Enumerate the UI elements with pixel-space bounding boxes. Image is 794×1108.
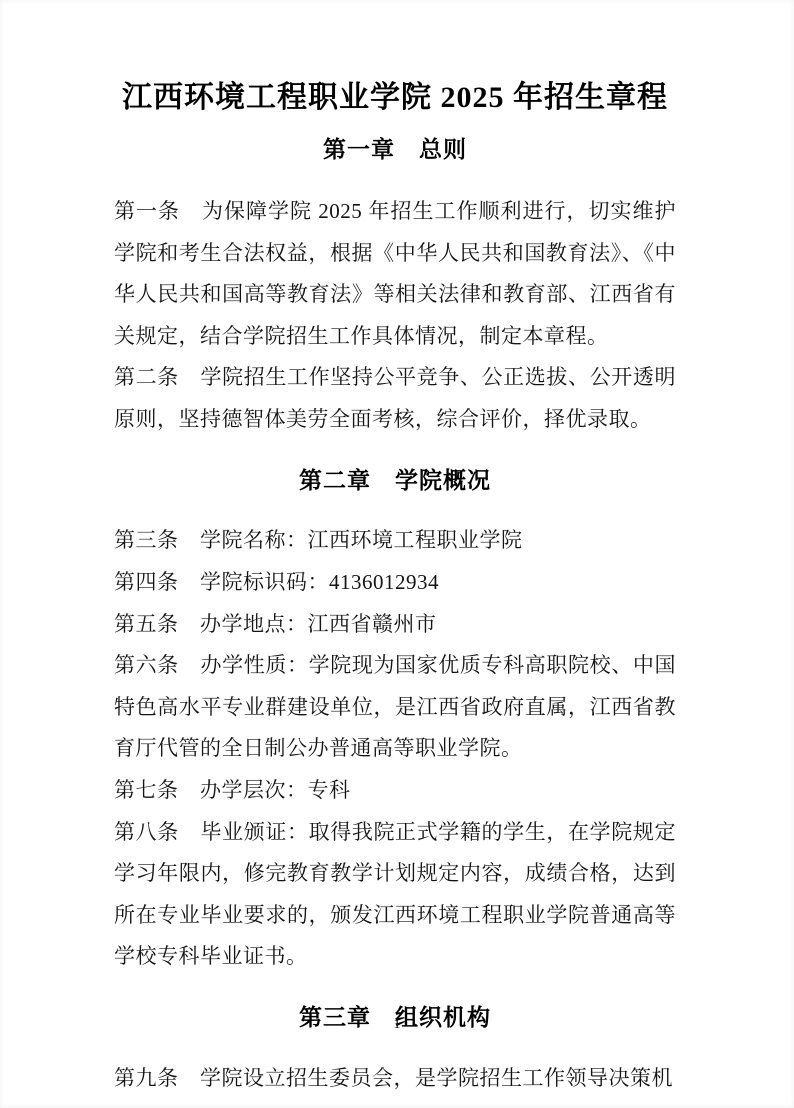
body-paragraph: 第三条 学院名称：江西环境工程职业学院	[114, 520, 676, 562]
page-number: 1	[0, 1016, 794, 1034]
body-paragraph: 第八条 毕业颁证：取得我院正式学籍的学生，在学院规定学习年限内，修完教育教学计划…	[114, 812, 676, 978]
body-paragraph: 第九条 学院设立招生委员会，是学院招生工作领导决策机	[114, 1058, 676, 1100]
document-title: 江西环境工程职业学院 2025 年招生章程	[114, 78, 676, 118]
document-page: 江西环境工程职业学院 2025 年招生章程 第一章 总则第一条 为保障学院 20…	[0, 0, 794, 1108]
body-paragraph: 第五条 办学地点：江西省赣州市	[114, 604, 676, 646]
body-paragraph: 第六条 办学性质：学院现为国家优质专科高职院校、中国特色高水平专业群建设单位，是…	[114, 645, 676, 770]
chapter-heading: 第二章 学院概况	[114, 460, 676, 502]
chapter-heading: 第一章 总则	[114, 128, 676, 172]
document-body: 第一章 总则第一条 为保障学院 2025 年招生工作顺利进行，切实维护学院和考生…	[114, 128, 676, 1099]
body-paragraph: 第七条 办学层次：专科	[114, 770, 676, 812]
body-paragraph: 第二条 学院招生工作坚持公平竞争、公正选拔、公开透明原则，坚持德智体美劳全面考核…	[114, 357, 676, 440]
body-paragraph: 第四条 学院标识码：4136012934	[114, 562, 676, 604]
body-paragraph: 第一条 为保障学院 2025 年招生工作顺利进行，切实维护学院和考生合法权益，根…	[114, 191, 676, 357]
